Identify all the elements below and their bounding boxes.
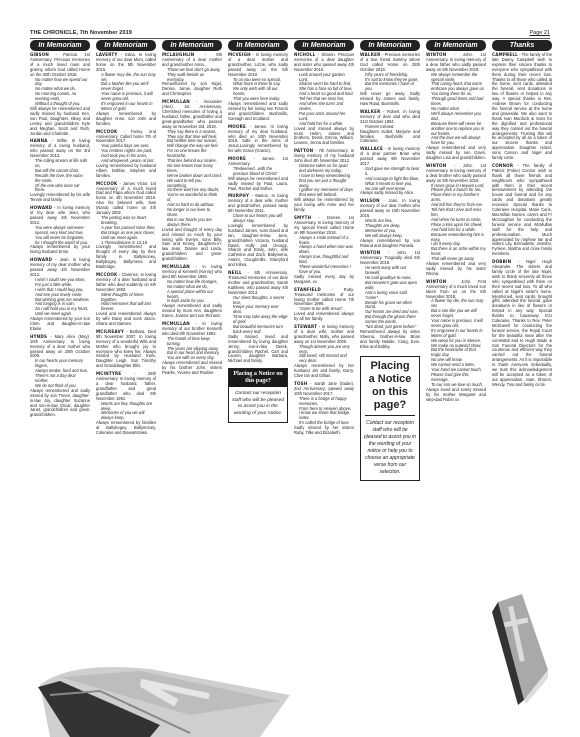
placing-notice-box: Placing a Notice on this page?Contact ou…	[228, 368, 288, 422]
notice-verse: A flower may die, the sun may set,But a …	[96, 73, 156, 112]
notice-verse: The parting was so heart-breaking,A year…	[96, 216, 156, 245]
notice-text: - James Victor. 1st Anniversary of a muc…	[96, 181, 156, 215]
notice-closing: Lovingly remembered by husband James, so…	[228, 223, 288, 267]
notice: WINTON - John. 1st Anniversary. In lovin…	[426, 164, 486, 277]
notice-text: - 28th Anniversary. In loving memory of …	[96, 371, 156, 401]
notice-closing: Always remembered and missed by his brot…	[162, 360, 222, 375]
notice-closing: Sadly missed every day by Margaret. xx	[294, 274, 354, 284]
column-8: ThanksCAMPBELL - The family of the late …	[492, 40, 552, 481]
notice-verse: Your painful days are over,You restless …	[96, 144, 156, 164]
notice-closing: Always remembered and sadly missed by mu…	[162, 303, 222, 318]
notice-closing: Loved and missed always by mum Helen, si…	[294, 126, 354, 146]
notice: HYNDS - Mary Alice (May). 10th Anniversa…	[30, 335, 90, 418]
notice: STANFIELD - Ruby. Treasured memories of …	[294, 288, 354, 322]
notice: HOWARD - Jean. In loving memory of my de…	[30, 258, 90, 332]
notice-closing: Always remembered by your loving husband…	[30, 244, 90, 254]
notice-closing: Always remembered by daughter Anne, son …	[96, 111, 156, 126]
notice-closing: Will always be remembered and sadly miss…	[228, 176, 288, 191]
notice-closing: Always remembered and very sadly missed …	[426, 145, 486, 160]
bible-with-cross-icon	[30, 655, 290, 737]
notice: WALLACE - In loving memory of a dear par…	[360, 147, 420, 196]
notice-closing: Sadly missed by her sisters Ruby, Tillie…	[294, 425, 354, 435]
notice-closing: Always remembered and sadly missed by so…	[30, 388, 90, 418]
notice: HANNA - Willie. In loving memory of a lo…	[30, 139, 90, 203]
notice-verse: Words are few, thoughts are deep,Memorie…	[96, 402, 156, 422]
notice-text: - Alexander (Alex). 1st Anniversary. Che…	[162, 99, 222, 129]
notice-verse: We always remember the special smile,Tha…	[426, 73, 486, 147]
notice: HOWARD - In loving memory of my dear wif…	[30, 206, 90, 255]
notice-verse: Words are few,Thoughts are deep,Memories…	[360, 219, 420, 239]
notice-text: - Barbara. Died 5th November 2007. In lo…	[96, 329, 156, 368]
notice-text: - The family of Patrick (Pokie) Connor w…	[492, 163, 552, 256]
placing-notice-body: Contact our reception staff who will be …	[229, 387, 287, 421]
notice-verse: Distance takes us far apart and darkness…	[294, 164, 354, 198]
column-7: In MemoriamWINTON - John. 1st Anniversar…	[426, 40, 486, 481]
section-header: In Memoriam	[294, 40, 354, 51]
column-1: In MemoriamGIBSON - Patricia. 1st Annive…	[30, 40, 90, 481]
notice: WILSON - Joan. In loving memory of our d…	[360, 199, 420, 248]
notice: MOORE - James. 1st Anniversary."Redeemed…	[228, 157, 288, 191]
notice: NICHOLL - Sharon. Precious memories of a…	[294, 53, 354, 146]
notice: CAMPBELL - The family of the late Danny …	[492, 53, 552, 161]
notice-verse: God gave me strength to bear it,And cour…	[360, 167, 420, 192]
notice: WINTON - John. First Anniversary of a mu…	[426, 280, 486, 403]
notice-verse: I wish I could see you Mum,For just a li…	[30, 278, 90, 317]
section-header: Thanks	[492, 40, 552, 51]
notice-verse: There is a bridge of happy memories,From…	[294, 397, 354, 426]
notice-verse: The rolling stream of life rolls on,But …	[30, 159, 90, 193]
column-6: In MemoriamWALKER - Precious memories of…	[360, 40, 420, 481]
notice: SMYTH - Doreen. 1st Anniversary. In lovi…	[294, 216, 354, 285]
notice: NEILL - 6th Anniversary. Treasured memor…	[228, 271, 288, 364]
notice-verse: Though absent you are very near,Still lo…	[294, 345, 354, 365]
notice: LAVERTY - Edna. In loving memory of our …	[96, 53, 156, 127]
notice-verse: Look around your garden Lord,Sharon won'…	[294, 73, 354, 127]
notice-verse: Our silent thoughts, a secret tear,Keeps…	[228, 296, 288, 335]
notice: MCMULLAN - Alexander (Alex). 1st Anniver…	[162, 100, 222, 262]
notice-verse: Those we love don't go away,They walk be…	[162, 68, 222, 83]
notice-closing: Always remembered by your son Clem and d…	[30, 316, 90, 331]
placing-notice-title: Placing a Notice on this page?	[365, 357, 415, 416]
verse-line: I have to keep remembering that you are …	[299, 174, 354, 189]
section-header: In Memoriam	[228, 40, 288, 51]
notice-verse: He went away with out farewell,He said g…	[360, 266, 420, 330]
section-header: In Memoriam	[426, 40, 486, 51]
notice: STEWART - In loving memory of a dear wif…	[294, 325, 354, 379]
publication-title: THE CHRONICLE, 7th November 2019	[30, 30, 132, 36]
notice: MCCOOK - Clarence. In loving memory of a…	[96, 273, 156, 327]
notice: PATTON - 7th Anniversary. In loving memo…	[294, 149, 354, 213]
notice: WALKER - Robert. In loving memory of dea…	[360, 110, 420, 144]
notice: MCMULLAN - In loving memory of our broth…	[162, 322, 222, 376]
notice-verse: No matter how life changes,No matter wha…	[162, 280, 222, 305]
placing-notice-body: Contact our reception staff who will be …	[361, 416, 419, 480]
section-header: In Memoriam	[96, 40, 156, 51]
notice: GIBSON - Patricia. 1st Anniversary. Prec…	[30, 53, 90, 136]
notice-verse: Silent thoughts of times together,Hold m…	[96, 293, 156, 313]
notice: MCMULLAN - In loving memory of Kenneth (…	[162, 265, 222, 319]
notice-closing: Always remembered and very sadly missed …	[426, 261, 486, 276]
notice-closing: Sadly missed, loved and remembered by lo…	[228, 334, 288, 364]
notice-closing: Remembered by son Nigel, Denise, Jamie, …	[162, 81, 222, 96]
notice: MCCOOK - James Victor. 1st Anniversary o…	[96, 182, 156, 270]
section-header: In Memoriam	[360, 40, 420, 51]
notice-text: - The family of the late Danny Campbell …	[492, 52, 552, 160]
notice: DOBBIN - Nigel Hugh Alexander. The siste…	[492, 260, 552, 388]
notice-closing: Remembered always by sister Sheena, brot…	[360, 329, 420, 349]
column-4: In MemoriamMCVEIGH - In loving memory of…	[228, 40, 288, 481]
notice-closing: Always remembered by families at Ballybo…	[96, 420, 156, 435]
bible-with-cross-icon	[490, 590, 550, 705]
notice-closing: Always loved and sorely missed by his mo…	[426, 387, 486, 402]
column-2: In MemoriamLAVERTY - Edna. In loving mem…	[96, 40, 156, 481]
placing-notice-box: Placing a Notice on this page?Contact ou…	[360, 356, 420, 481]
notice: MCINTYRE - 28th Anniversary. In loving m…	[96, 372, 156, 436]
notice-verse: They say there is a reason,They say that…	[162, 130, 222, 228]
notice-closing: Always sadly missed by Alice.	[360, 190, 414, 195]
notice-closing: Daughters Isobel, Marjorie and families.…	[360, 129, 420, 144]
notice: MCILREAVY - Barbara. Died 5th November 2…	[96, 330, 156, 369]
notice-closing: Loved and thought of every day and misse…	[162, 227, 222, 261]
notice: WINTON - John. 1st Anniversary. Tragical…	[360, 251, 420, 349]
notice-closing: Will always be remembered by your loving…	[294, 197, 354, 212]
notice-text: - Nigel Hugh Alexander. The sisters and …	[492, 259, 552, 387]
notice: TOSH - Sarah Jane (Sadie). 2nd Anniversa…	[294, 382, 354, 436]
notice: MURPHY - Marion. In loving memory of a d…	[228, 194, 288, 268]
column-3: In MemoriamMCLAUGHLIN - 9th Anniversary …	[162, 40, 222, 481]
notice-verse: You were always someone special, very ki…	[30, 226, 90, 246]
notice: MCCOOK - Fanny. 2nd Anniversary. Called …	[96, 130, 156, 179]
notice-verse: No matter how we spend our day,No matter…	[30, 78, 90, 107]
notice-closing: Lovingly remembered and thought of every…	[96, 244, 156, 269]
column-5: In MemoriamNICHOLL - Sharon. Precious me…	[294, 40, 354, 481]
notice-closing: Always remembered by her husband Jim and…	[294, 363, 354, 378]
notice: CONNOR - The family of Patrick (Pokie) C…	[492, 164, 552, 257]
notice-verse: A flower my die, the sun may set,But a s…	[426, 299, 486, 387]
notice-closing: Always remembered by son Roland and daug…	[360, 238, 420, 248]
section-header: In Memoriam	[162, 40, 222, 51]
notice-verse: Fifty years of friendship,It's sad to kn…	[360, 73, 420, 93]
notice-verse: The hands of time keep turning,The years…	[162, 337, 222, 362]
notice-closing: Always remembered and sadly missed by he…	[228, 101, 288, 121]
notice-verse: Always a smile instead of a frown,Always…	[294, 236, 354, 275]
notice-columns: In MemoriamGIBSON - Patricia. 1st Annive…	[30, 40, 552, 481]
notice-verse: If roses grow in Heaven Lord,Please pick…	[426, 184, 486, 263]
notice-closing: Loving remembered by husband Albert, Deb…	[96, 163, 156, 178]
notice-closing: Lovingly remembered by his wife Tennie a…	[30, 192, 90, 202]
masthead: THE CHRONICLE, 7th November 2019 Page 21	[30, 24, 550, 39]
notice-closing: Will always be remembered and sadly miss…	[30, 106, 90, 136]
notice: MOORE - James. In loving memory of my de…	[228, 125, 288, 154]
notice: MCVEIGH - In loving memory of a dear mot…	[228, 53, 288, 122]
notice: WALKER - Precious memories of a true fri…	[360, 53, 420, 107]
section-header: In Memoriam	[30, 40, 90, 51]
notice-verse: To us you were so special,What more is t…	[228, 78, 288, 103]
notice-closing: Loved and remembered always by wife Dais…	[96, 311, 156, 326]
notice: MCLAUGHLIN - 9th Anniversary of a dear m…	[162, 53, 222, 97]
notice-closing: Loved and remembered always by all her f…	[294, 311, 354, 321]
notice-closing: Will never go away. Sadly missed by Jame…	[360, 91, 420, 106]
placing-notice-title: Placing a Notice on this page?	[229, 369, 287, 387]
page-number: Page 21	[530, 30, 551, 36]
notice: WINTON - John. 1st Anniversary. In lovin…	[426, 53, 486, 161]
notice-verse: In our hearts your memory lingers,Always…	[30, 359, 90, 388]
verse-line: Because there will never be another one …	[431, 122, 486, 137]
